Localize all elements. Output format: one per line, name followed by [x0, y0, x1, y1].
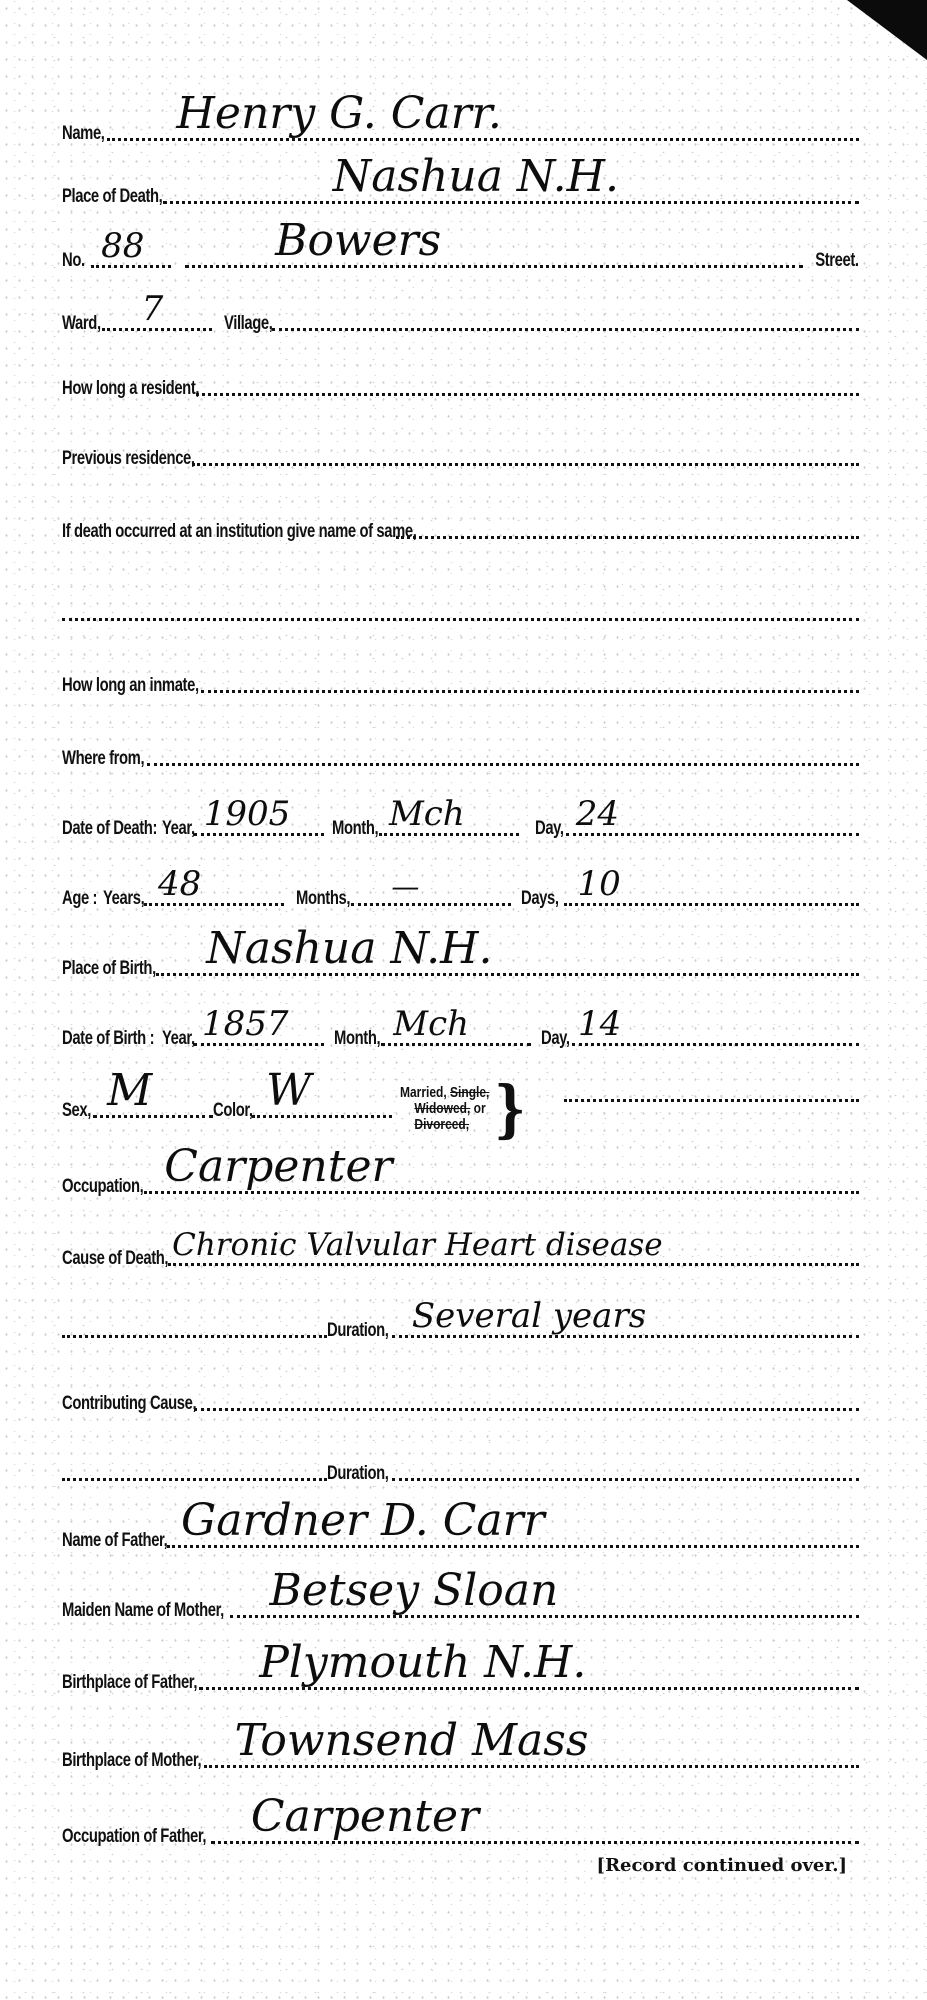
label-birth-year: Year,	[162, 1029, 195, 1050]
value-cause-duration: Several years	[412, 1299, 646, 1333]
value-number: 88	[101, 229, 144, 263]
label-age-months: Months,	[296, 889, 350, 910]
field-where-from: Where from,	[62, 710, 859, 770]
marital-option-married: Married,	[400, 1084, 447, 1101]
value-name: Henry G. Carr.	[177, 92, 502, 136]
field-institution: If death occurred at an institution give…	[62, 483, 859, 543]
value-mother-maiden-name: Betsey Sloan	[270, 1569, 559, 1613]
label-age-days: Days,	[521, 889, 559, 910]
label-father-occupation: Occupation of Father,	[62, 1827, 206, 1848]
value-color: W	[266, 1069, 311, 1113]
value-father-name: Gardner D. Carr	[181, 1499, 545, 1543]
value-how-long-resident	[196, 393, 859, 396]
label-age: Age :	[62, 889, 97, 910]
field-father-name: Name of Father, Gardner D. Carr	[62, 1492, 859, 1552]
field-place-of-death: Place of Death, Nashua N.H.	[62, 148, 859, 208]
field-name: Name, Henry G. Carr.	[62, 85, 859, 145]
value-birth-day: 14	[578, 1007, 621, 1041]
field-contributing-duration: Duration,	[62, 1425, 859, 1485]
label-village: Village,	[224, 314, 273, 335]
field-age: Age : Years, 48 Months, — Days, 10	[62, 850, 859, 910]
marital-option-widowed: Widowed,	[414, 1100, 470, 1117]
label-death-year: Year,	[162, 819, 195, 840]
label-contributing-cause: Contributing Cause,	[62, 1394, 196, 1415]
label-age-years: Years,	[103, 889, 144, 910]
label-previous-residence: Previous residence,	[62, 449, 195, 470]
label-cause-of-death: Cause of Death,	[62, 1249, 168, 1270]
label-how-long-resident: How long a resident,	[62, 379, 199, 400]
value-previous-residence	[192, 463, 859, 466]
field-sex-color-marital: Sex, M Color, W Married, Single, Widowed…	[62, 1060, 859, 1140]
field-ward: Ward, 7 Village,	[62, 275, 859, 335]
value-mother-birthplace: Townsend Mass	[234, 1719, 588, 1763]
field-contributing-cause: Contributing Cause,	[62, 1355, 859, 1415]
label-place-of-birth: Place of Birth,	[62, 959, 156, 980]
value-contributing-cause	[194, 1408, 859, 1411]
field-father-birthplace: Birthplace of Father, Plymouth N.H.	[62, 1634, 859, 1694]
marital-option-divorced: Divorced,	[414, 1116, 469, 1133]
label-place-of-death: Place of Death,	[62, 187, 162, 208]
marital-option-single: Single,	[450, 1084, 489, 1101]
label-institution: If death occurred at an institution give…	[62, 522, 416, 543]
field-mother-birthplace: Birthplace of Mother, Townsend Mass	[62, 1712, 859, 1772]
value-birth-year: 1857	[202, 1007, 289, 1041]
value-ward: 7	[142, 292, 164, 326]
label-color: Color,	[213, 1101, 253, 1140]
value-marital-status	[564, 1099, 859, 1102]
label-name: Name,	[62, 124, 105, 145]
field-date-of-death: Date of Death: Year, 1905 Month, Mch Day…	[62, 780, 859, 840]
value-how-long-inmate	[201, 690, 859, 693]
value-institution	[396, 536, 859, 539]
value-contributing-duration	[392, 1478, 859, 1481]
label-mother-maiden-name: Maiden Name of Mother,	[62, 1601, 224, 1622]
field-institution-continued	[62, 565, 859, 625]
label-mother-birthplace: Birthplace of Mother,	[62, 1751, 201, 1772]
value-father-occupation: Carpenter	[251, 1795, 479, 1839]
label-how-long-inmate: How long an inmate,	[62, 676, 199, 697]
field-how-long-inmate: How long an inmate,	[62, 637, 859, 697]
value-occupation: Carpenter	[164, 1145, 392, 1189]
label-number: No.	[62, 251, 85, 272]
field-father-occupation: Occupation of Father, Carpenter	[62, 1788, 859, 1848]
label-birth-month: Month,	[334, 1029, 380, 1050]
value-sex: M	[107, 1069, 152, 1113]
field-cause-of-death: Cause of Death, Chronic Valvular Heart d…	[62, 1210, 859, 1270]
value-age-years: 48	[158, 867, 201, 901]
label-occupation: Occupation,	[62, 1177, 143, 1198]
field-previous-residence: Previous residence,	[62, 410, 859, 470]
label-death-month: Month,	[332, 819, 378, 840]
field-place-of-birth: Place of Birth, Nashua N.H.	[62, 920, 859, 980]
death-record-form: Name, Henry G. Carr. Place of Death, Nas…	[0, 0, 927, 2000]
label-death-day: Day,	[535, 819, 564, 840]
label-father-name: Name of Father,	[62, 1531, 167, 1552]
label-sex: Sex,	[62, 1101, 91, 1140]
label-contributing-duration: Duration,	[327, 1464, 389, 1485]
value-birth-month: Mch	[393, 1007, 469, 1041]
value-age-days: 10	[578, 867, 621, 901]
label-where-from: Where from,	[62, 749, 144, 770]
label-date-of-birth: Date of Birth :	[62, 1029, 154, 1050]
label-birth-day: Day,	[541, 1029, 570, 1050]
value-death-year: 1905	[204, 797, 291, 831]
field-mother-maiden-name: Maiden Name of Mother, Betsey Sloan	[62, 1562, 859, 1622]
field-address: No. 88 Bowers Street.	[62, 212, 859, 272]
field-occupation: Occupation, Carpenter	[62, 1138, 859, 1198]
field-date-of-birth: Date of Birth : Year, 1857 Month, Mch Da…	[62, 990, 859, 1050]
value-place-of-death: Nashua N.H.	[333, 155, 619, 199]
label-street: Street.	[816, 251, 859, 272]
value-death-month: Mch	[389, 797, 465, 831]
label-cause-duration: Duration,	[327, 1321, 389, 1342]
field-cause-duration: Duration, Several years	[62, 1282, 859, 1342]
marital-status-options: Married, Single, Widowed, or Divorced, }	[400, 1078, 531, 1140]
marital-option-or: or	[474, 1100, 486, 1117]
label-date-of-death: Date of Death:	[62, 819, 157, 840]
record-continued-note: [Record continued over.]	[597, 1855, 847, 1876]
field-how-long-resident: How long a resident,	[62, 340, 859, 400]
brace-symbol: }	[494, 1078, 526, 1140]
value-death-day: 24	[576, 797, 619, 831]
label-father-birthplace: Birthplace of Father,	[62, 1673, 197, 1694]
value-age-months: —	[391, 873, 419, 901]
value-place-of-birth: Nashua N.H.	[206, 927, 492, 971]
value-street: Bowers	[275, 219, 441, 263]
value-cause-of-death: Chronic Valvular Heart disease	[172, 1230, 663, 1261]
value-father-birthplace: Plymouth N.H.	[259, 1641, 586, 1685]
value-where-from	[147, 763, 859, 766]
label-ward: Ward,	[62, 314, 101, 335]
value-village	[272, 328, 859, 331]
